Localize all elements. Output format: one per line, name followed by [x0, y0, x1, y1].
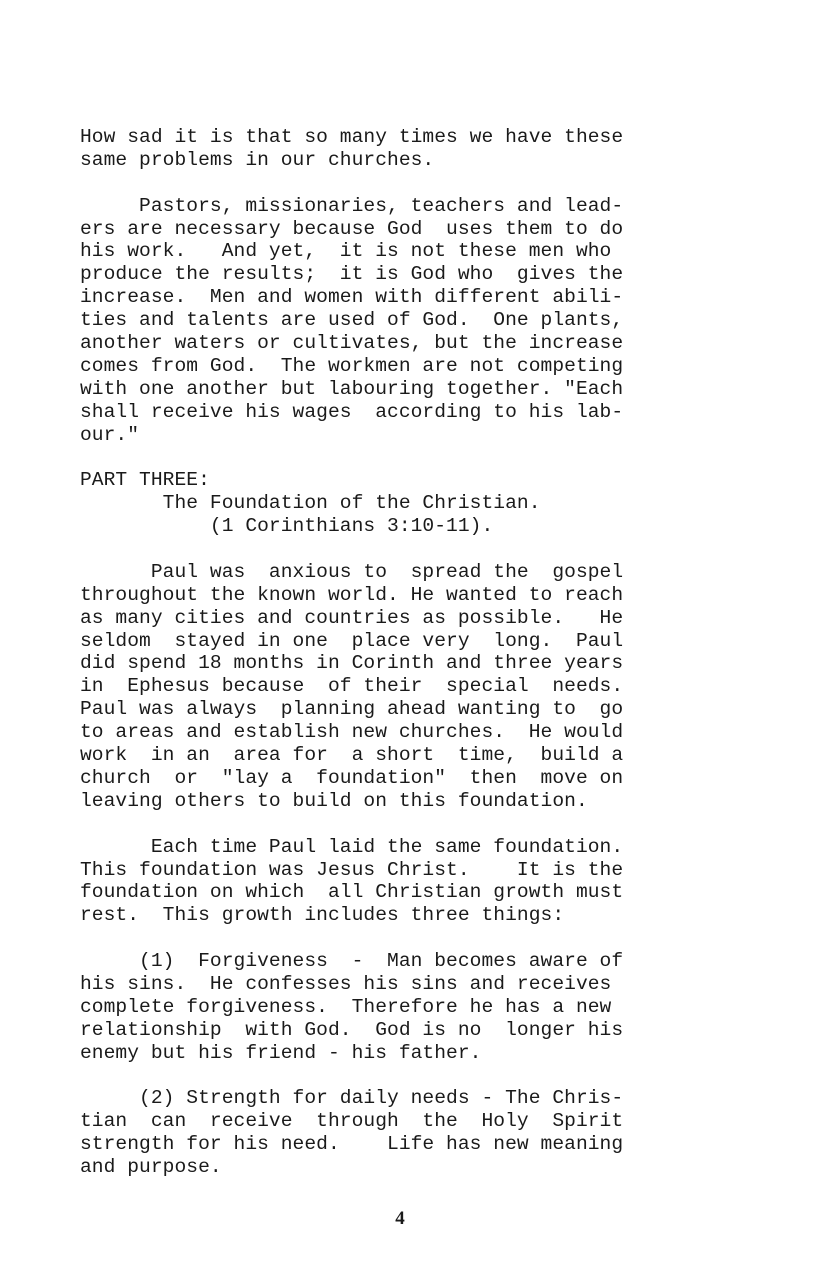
text-line: This foundation was Jesus Christ. It is …: [80, 859, 705, 882]
text-line: (2) Strength for daily needs - The Chris…: [80, 1087, 705, 1110]
text-line: How sad it is that so many times we have…: [80, 126, 705, 149]
text-line: with one another but labouring together.…: [80, 378, 705, 401]
text-line: produce the results; it is God who gives…: [80, 263, 705, 286]
paragraph-spacer: [80, 927, 705, 950]
section-label: PART THREE:: [80, 469, 705, 492]
text-line: another waters or cultivates, but the in…: [80, 332, 705, 355]
paragraph-spacer: [80, 446, 705, 469]
text-line: Pastors, missionaries, teachers and lead…: [80, 195, 705, 218]
section-heading-part-three: PART THREE: The Foundation of the Christ…: [80, 469, 705, 538]
document-page: How sad it is that so many times we have…: [80, 126, 705, 1179]
text-line: comes from God. The workmen are not comp…: [80, 355, 705, 378]
text-line: complete forgiveness. Therefore he has a…: [80, 996, 705, 1019]
paragraph-spacer: [80, 813, 705, 836]
paragraph-paul-travels: Paul was anxious to spread the gospel th…: [80, 561, 705, 813]
text-line: Paul was anxious to spread the gospel: [80, 561, 705, 584]
text-line: enemy but his friend - his father.: [80, 1042, 705, 1065]
paragraph-spacer: [80, 538, 705, 561]
paragraph-spacer: [80, 1065, 705, 1088]
text-line: to areas and establish new churches. He …: [80, 721, 705, 744]
page-number: 4: [0, 1208, 800, 1230]
text-line: our.": [80, 424, 705, 447]
text-line: strength for his need. Life has new mean…: [80, 1133, 705, 1156]
text-line: did spend 18 months in Corinth and three…: [80, 652, 705, 675]
text-line: seldom stayed in one place very long. Pa…: [80, 630, 705, 653]
scripture-reference: (1 Corinthians 3:10-11).: [80, 515, 705, 538]
text-line: ties and talents are used of God. One pl…: [80, 309, 705, 332]
paragraph-spacer: [80, 172, 705, 195]
text-line: his sins. He confesses his sins and rece…: [80, 973, 705, 996]
text-line: increase. Men and women with different a…: [80, 286, 705, 309]
text-line: Each time Paul laid the same foundation.: [80, 836, 705, 859]
list-item-strength: (2) Strength for daily needs - The Chris…: [80, 1087, 705, 1179]
text-line: shall receive his wages according to his…: [80, 401, 705, 424]
text-line: Paul was always planning ahead wanting t…: [80, 698, 705, 721]
text-line: foundation on which all Christian growth…: [80, 881, 705, 904]
text-line: work in an area for a short time, build …: [80, 744, 705, 767]
section-title: The Foundation of the Christian.: [80, 492, 705, 515]
text-line: rest. This growth includes three things:: [80, 904, 705, 927]
text-line: throughout the known world. He wanted to…: [80, 584, 705, 607]
text-line: tian can receive through the Holy Spirit: [80, 1110, 705, 1133]
text-line: same problems in our churches.: [80, 149, 705, 172]
text-line: (1) Forgiveness - Man becomes aware of: [80, 950, 705, 973]
list-item-forgiveness: (1) Forgiveness - Man becomes aware of h…: [80, 950, 705, 1064]
paragraph-intro-lament: How sad it is that so many times we have…: [80, 126, 705, 172]
text-line: ers are necessary because God uses them …: [80, 218, 705, 241]
paragraph-foundation: Each time Paul laid the same foundation.…: [80, 836, 705, 928]
text-line: relationship with God. God is no longer …: [80, 1019, 705, 1042]
text-line: his work. And yet, it is not these men w…: [80, 240, 705, 263]
paragraph-leaders: Pastors, missionaries, teachers and lead…: [80, 195, 705, 447]
text-line: as many cities and countries as possible…: [80, 607, 705, 630]
text-line: in Ephesus because of their special need…: [80, 675, 705, 698]
text-line: and purpose.: [80, 1156, 705, 1179]
text-line: church or "lay a foundation" then move o…: [80, 767, 705, 790]
text-line: leaving others to build on this foundati…: [80, 790, 705, 813]
